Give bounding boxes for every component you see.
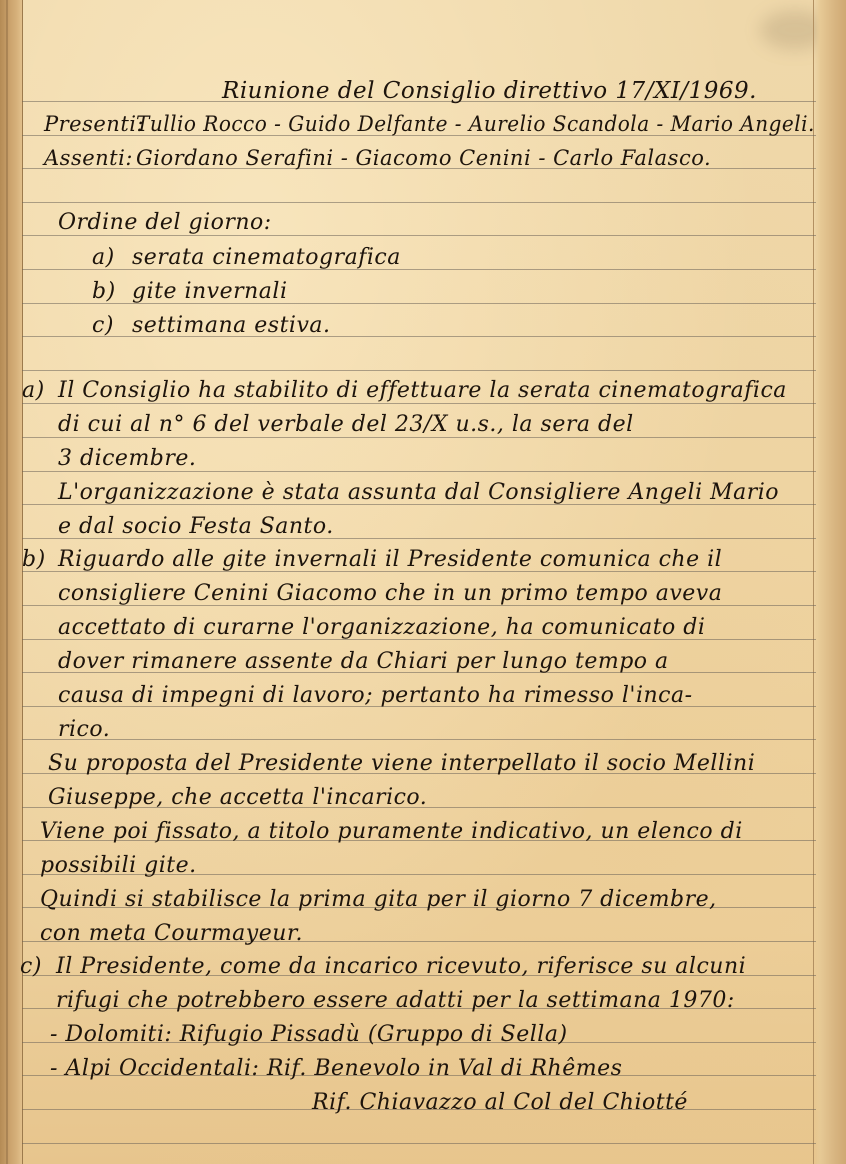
rule-line: [22, 471, 816, 472]
document-title: Riunione del Consiglio direttivo 17/XI/1…: [222, 78, 757, 104]
agenda-marker-c: c): [92, 313, 114, 338]
rule-line: [22, 739, 816, 740]
minutes-line: L'organizzazione è stata assunta dal Con…: [58, 480, 779, 505]
section-marker-c: c): [20, 954, 42, 979]
minutes-line: rifugi che potrebbero essere adatti per …: [56, 988, 735, 1013]
minutes-line: consigliere Cenini Giacomo che in un pri…: [58, 581, 722, 606]
refuge-list-item: - Alpi Occidentali: Rif. Benevolo in Val…: [50, 1056, 622, 1081]
agenda-marker-b: b): [92, 279, 116, 304]
section-marker-a: a): [22, 378, 45, 403]
rule-line: [22, 202, 816, 203]
rule-line: [22, 1143, 816, 1144]
rule-line: [22, 235, 816, 236]
minutes-line: Giuseppe, che accetta l'incarico.: [48, 785, 427, 810]
minutes-line: Il Consiglio ha stabilito di effettuare …: [58, 378, 787, 403]
rule-line: [22, 370, 816, 371]
absent-members: Giordano Serafini - Giacomo Cenini - Car…: [136, 146, 711, 170]
minutes-line: causa di impegni di lavoro; pertanto ha …: [58, 683, 693, 708]
agenda-item-b: gite invernali: [132, 279, 288, 304]
minutes-line: di cui al n° 6 del verbale del 23/X u.s.…: [58, 412, 634, 437]
agenda-item-c: settimana estiva.: [132, 313, 331, 338]
present-label: Presenti:: [44, 112, 144, 136]
minutes-line: Riguardo alle gite invernali il Presiden…: [58, 547, 722, 572]
minutes-line: Viene poi fissato, a titolo puramente in…: [40, 819, 743, 844]
minutes-line: Su proposta del Presidente viene interpe…: [48, 751, 755, 776]
notebook-page: Riunione del Consiglio direttivo 17/XI/1…: [0, 0, 846, 1164]
minutes-line: dover rimanere assente da Chiari per lun…: [58, 649, 669, 674]
refuge-list-item: Rif. Chiavazzo al Col del Chiotté: [312, 1090, 688, 1115]
agenda-item-a: serata cinematografica: [132, 245, 401, 270]
minutes-line: rico.: [58, 717, 110, 742]
minutes-line: Il Presidente, come da incarico ricevuto…: [56, 954, 746, 979]
present-members: Tullio Rocco - Guido Delfante - Aurelio …: [136, 112, 815, 136]
minutes-line: e dal socio Festa Santo.: [58, 514, 334, 539]
minutes-line: Quindi si stabilisce la prima gita per i…: [40, 887, 717, 912]
page-edge-right: [813, 0, 846, 1164]
section-marker-b: b): [22, 547, 46, 572]
refuge-list-item: - Dolomiti: Rifugio Pissadù (Gruppo di S…: [50, 1022, 568, 1047]
agenda-marker-a: a): [92, 245, 115, 270]
rule-line: [22, 437, 816, 438]
minutes-line: 3 dicembre.: [58, 446, 196, 471]
notebook-binding-left: [0, 0, 23, 1164]
absent-label: Assenti:: [44, 146, 133, 170]
minutes-line: possibili gite.: [40, 853, 197, 878]
rule-line: [22, 403, 816, 404]
minutes-line: accettato di curarne l'organizzazione, h…: [58, 615, 705, 640]
minutes-line: con meta Courmayeur.: [40, 921, 303, 946]
agenda-heading: Ordine del giorno:: [58, 210, 272, 235]
